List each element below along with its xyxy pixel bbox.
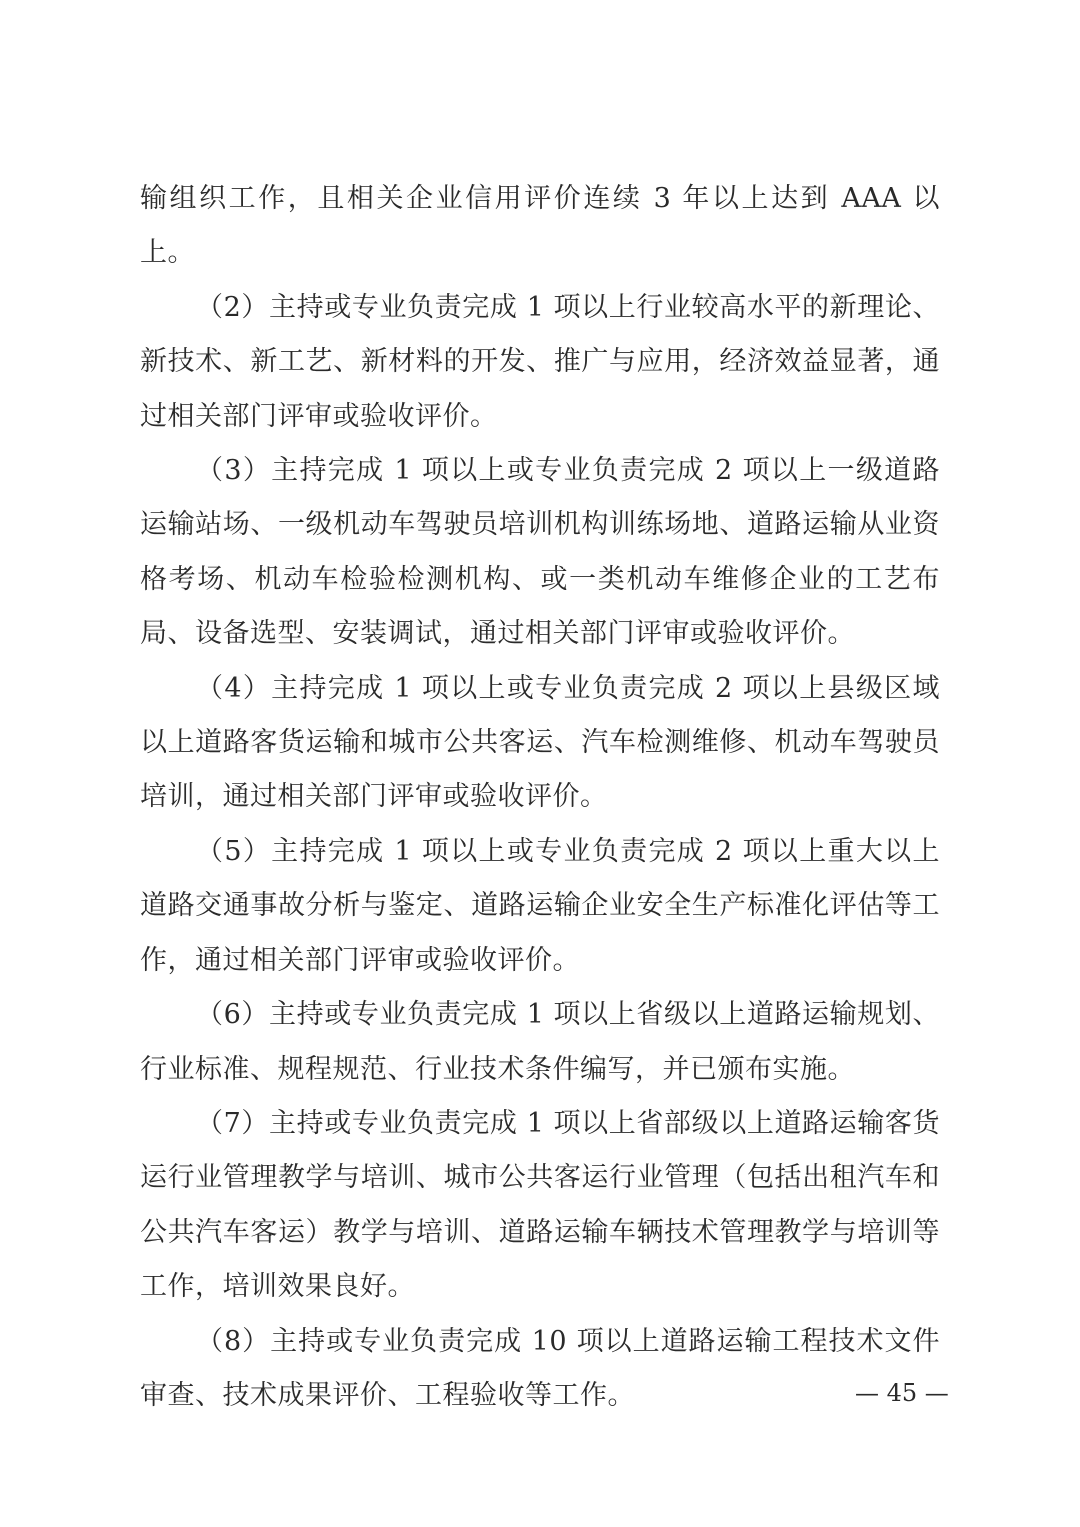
document-page: 输组织工作，且相关企业信用评价连续 3 年以上达到 AAA 以上。 （2）主持或… <box>0 0 1080 1527</box>
paragraph-item-4: （4）主持完成 1 项以上或专业负责完成 2 项以上县级区域以上道路客货运输和城… <box>140 662 940 825</box>
paragraph-item-8: （8）主持或专业负责完成 10 项以上道路运输工程技术文件审查、技术成果评价、工… <box>140 1315 940 1424</box>
paragraph-item-3: （3）主持完成 1 项以上或专业负责完成 2 项以上一级道路运输站场、一级机动车… <box>140 444 940 662</box>
paragraph-item-6: （6）主持或专业负责完成 1 项以上省级以上道路运输规划、行业标准、规程规范、行… <box>140 988 940 1097</box>
paragraph-continuation: 输组织工作，且相关企业信用评价连续 3 年以上达到 AAA 以上。 <box>140 172 940 281</box>
paragraph-item-7: （7）主持或专业负责完成 1 项以上省部级以上道路运输客货运行业管理教学与培训、… <box>140 1097 940 1315</box>
page-number: — 45 — <box>855 1378 945 1408</box>
paragraph-item-5: （5）主持完成 1 项以上或专业负责完成 2 项以上重大以上道路交通事故分析与鉴… <box>140 825 940 988</box>
body-text: 输组织工作，且相关企业信用评价连续 3 年以上达到 AAA 以上。 （2）主持或… <box>140 172 940 1423</box>
paragraph-item-2: （2）主持或专业负责完成 1 项以上行业较高水平的新理论、新技术、新工艺、新材料… <box>140 281 940 444</box>
